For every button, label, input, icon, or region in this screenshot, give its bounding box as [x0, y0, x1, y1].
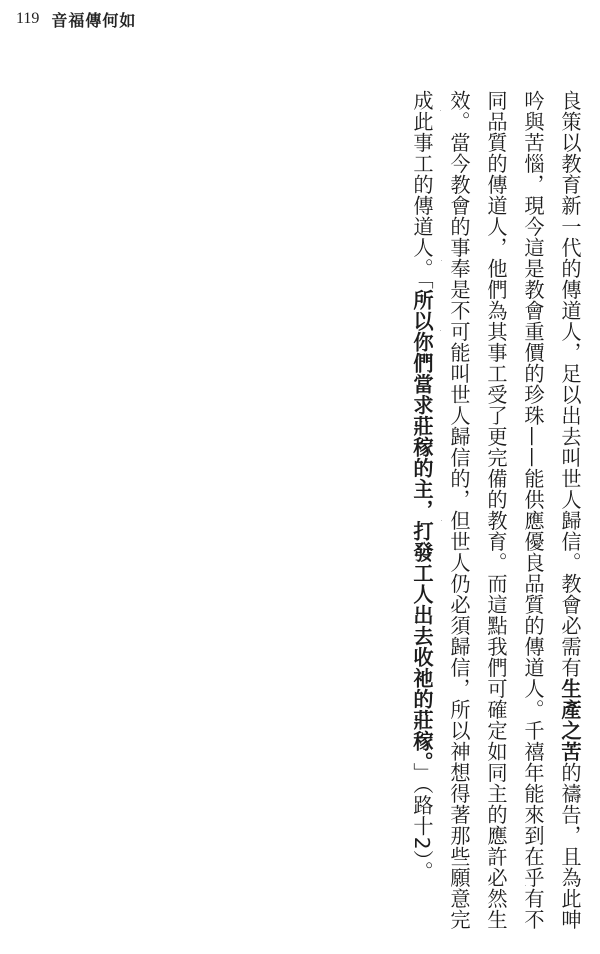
- text-column-4: 效。當今教會的事奉是不可能叫世人歸信的，但世人仍必須歸信，所以神想得著那些願意完: [440, 90, 477, 940]
- running-title: 音福傳何如: [51, 8, 136, 31]
- text-segment: 的禱告，且為此呻: [558, 762, 582, 930]
- text-column-1: 良策以教育新一代的傳道人，足以出去叫世人歸信。教會必需有生產之苦的禱告，且為此呻: [551, 90, 588, 940]
- scan-artifact: [441, 520, 442, 521]
- scan-artifact: [440, 330, 441, 331]
- page-number: 119: [16, 10, 39, 28]
- text-column-2: 吟與苦惱，現今這是教會重價的珍珠——能供應優良品質的傳道人。千禧年能來到在乎有不: [514, 90, 551, 940]
- text-segment: 吟與苦惱，現今這是教會重價的珍珠——能供應優良品質的傳道人。千禧年能來到在乎有不: [521, 90, 545, 930]
- citation: 」（路十2）。: [410, 763, 434, 882]
- emphasized-text: 生產之苦: [558, 678, 582, 762]
- text-segment: 成此事工的傳道人。「: [410, 90, 434, 290]
- scan-artifact: [440, 110, 441, 111]
- text-segment: 良策以教育新一代的傳道人，足以出去叫世人歸信。教會必需有: [558, 90, 582, 678]
- page-header: 119 音福傳何如: [16, 6, 136, 32]
- scripture-quote: 所以你們當求莊稼的主，打發工人出去收祂的莊稼。: [410, 290, 434, 763]
- text-segment: 效。當今教會的事奉是不可能叫世人歸信的，但世人仍必須歸信，所以神想得著那些願意完: [447, 90, 471, 930]
- scan-artifact: [441, 260, 442, 261]
- scan-artifact: [525, 885, 526, 886]
- text-column-5: 成此事工的傳道人。「所以你們當求莊稼的主，打發工人出去收祂的莊稼。」（路十2）。: [403, 90, 440, 940]
- text-segment: 同品質的傳道人，他們為其事工受了更完備的教育。而這點我們可確定如同主的應許必然生: [484, 90, 508, 930]
- body-text: 良策以教育新一代的傳道人，足以出去叫世人歸信。教會必需有生產之苦的禱告，且為此呻…: [388, 90, 588, 940]
- text-column-3: 同品質的傳道人，他們為其事工受了更完備的教育。而這點我們可確定如同主的應許必然生: [477, 90, 514, 940]
